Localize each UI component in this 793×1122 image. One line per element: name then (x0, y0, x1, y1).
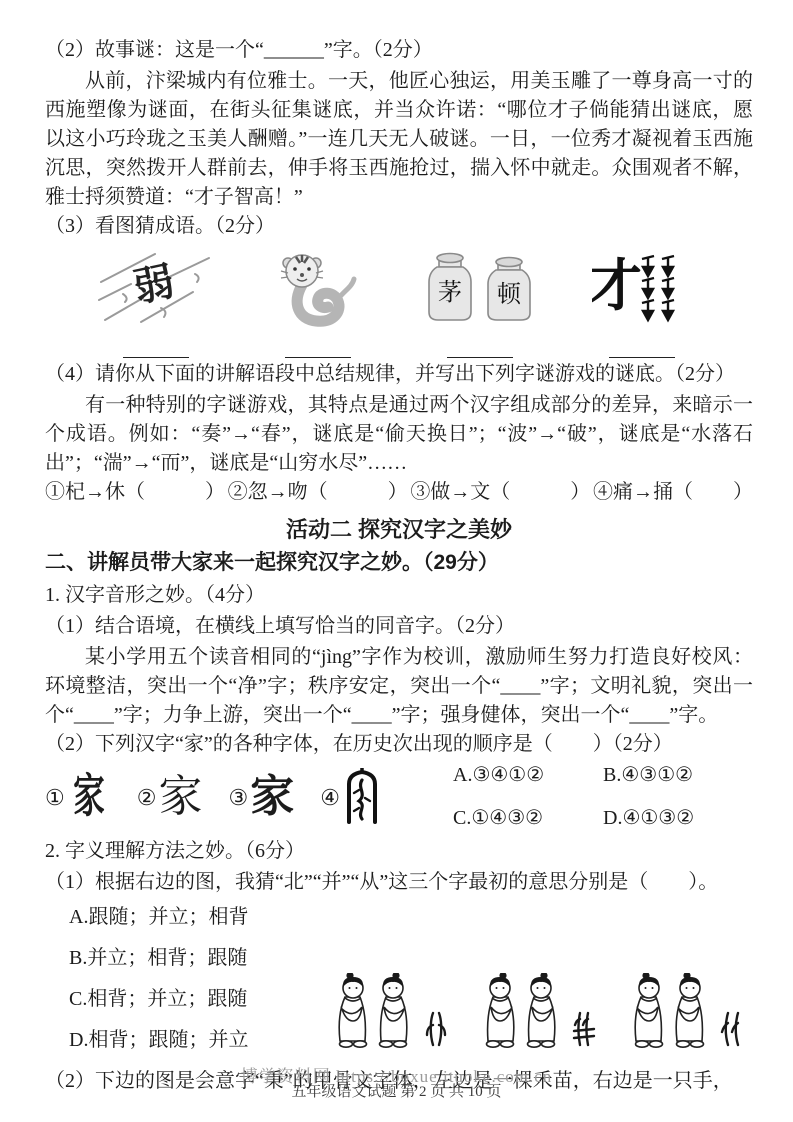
q2-story: 从前，汴梁城内有位雅士。一天，他匠心独运，用美玉雕了一尊身高一寸的西施塑像为谜面… (45, 67, 753, 212)
jar-label-dun: 顿 (497, 281, 522, 308)
riddle-items-row: ①杞→休（ ） ②忽→吻（ ） ③做→文（ ） ④痛→捅（ ） (45, 478, 753, 507)
bei-bing-cong-block: A.跟随；并立；相背 B.并立；相背；跟随 C.相背；并立；跟随 D.相背；跟随… (45, 899, 753, 1067)
sub1-q2-line: （2）下列汉字“家”的各种字体，在历史次出现的顺序是（ ）（2分） (45, 730, 753, 759)
idiom-picture-3: 茅 顿 (405, 247, 555, 358)
jia-number-2: ② (137, 783, 157, 812)
bei-bing-cong-options: A.跟随；并立；相背 B.并立；相背；跟随 C.相背；并立；跟随 D.相背；跟随… (45, 899, 315, 1067)
idiom-picture-2 (243, 247, 393, 358)
sub2-q1-line: （1）根据右边的图，我猜“北”“并”“从”这三个字最初的意思分别是（ ）。 (45, 868, 753, 897)
jia-seal-script-glyph: 家 (73, 766, 105, 829)
jia-variant-1: ① 家 (45, 767, 111, 827)
riddle-item-3: ③做→文（ ） (410, 478, 590, 507)
oracle-cong-glyph (719, 1009, 747, 1049)
jia-option-b: B.④③①② (603, 761, 753, 790)
wind-weak-icon: 弱 (97, 248, 215, 328)
idiom-picture-row: 弱 (75, 247, 723, 358)
weak-in-wind-illustration: 弱 (97, 247, 215, 329)
side-by-side-figures (477, 973, 597, 1049)
jia-variant-4: ④ (320, 768, 382, 826)
answer-blank-line (447, 337, 513, 358)
q2-line: （2）故事谜：这是一个“______”字。（2分） (45, 36, 753, 65)
exam-page: （2）故事谜：这是一个“______”字。（2分） 从前，汴梁城内有位雅士。一天… (0, 0, 793, 1122)
robed-person-following-icon (666, 973, 713, 1049)
figure-pair-back-to-back (329, 973, 417, 1049)
robed-person-right-icon (370, 973, 417, 1049)
answer-blank-line (285, 337, 351, 358)
jia-variants-row: ① 家 ② 家 ③ 家 ④ (45, 767, 453, 827)
robed-person-following-icon (625, 973, 672, 1049)
idiom-picture-1: 弱 (81, 247, 231, 358)
q3-line: （3）看图猜成语。（2分） (45, 212, 753, 241)
robed-person-front-icon (518, 973, 565, 1049)
option-d: D.相背；跟随；并立 (69, 1026, 315, 1055)
jia-option-c: C.①④③② (453, 804, 603, 833)
figure-pair-side-by-side (477, 973, 565, 1049)
sub1-q1-line: （1）结合语境，在横线上填写恰当的同音字。（2分） (45, 612, 753, 641)
tiger-head-snake-body-illustration (268, 247, 368, 329)
jar-label-mao: 茅 (438, 279, 462, 306)
riddle-item-4: ④痛→捅（ ） (593, 478, 753, 507)
option-c: C.相背；并立；跟随 (69, 985, 315, 1014)
oracle-bing-glyph (571, 1009, 597, 1049)
robed-person-front-icon (477, 973, 524, 1049)
figure-pair-following (625, 973, 713, 1049)
following-figures (625, 973, 747, 1049)
tiger-snake-icon (268, 247, 368, 329)
jia-number-4: ④ (320, 783, 340, 812)
sub1-q1-paragraph: 某小学用五个读音相同的“jìng”字作为校训，激励师生努力打造良好校风：环境整洁… (45, 643, 753, 730)
back-to-back-figures (329, 973, 449, 1049)
jia-regular-script-glyph: 家 (158, 767, 202, 827)
sub2-title: 2. 字义理解方法之妙。（6分） (45, 837, 753, 866)
riddle-item-1: ①杞→休（ ） (45, 478, 225, 507)
jia-clerical-script-glyph: 家 (250, 767, 294, 827)
idiom-picture-4: 才 (567, 247, 717, 358)
jia-variant-3: ③ 家 (228, 767, 294, 827)
jia-fonts-block: ① 家 ② 家 ③ 家 ④ A.③④①② (45, 761, 753, 833)
option-a: A.跟随；并立；相背 (69, 903, 315, 932)
q4-paragraph: 有一种特别的字谜游戏，其特点是通过两个汉字组成部分的差异，来暗示一个成语。例如：… (45, 391, 753, 478)
answer-blank-line (123, 337, 189, 358)
section2-title: 二、讲解员带大家来一起探究汉字之妙。（29分） (45, 548, 753, 577)
robed-person-left-icon (329, 973, 376, 1049)
cai-darts-icon: 才 (592, 249, 692, 327)
jia-options-grid: A.③④①② B.④③①② C.①④③② D.④①③② (453, 761, 753, 833)
two-jars-illustration: 茅 顿 (425, 247, 535, 329)
figure-illustrations (315, 899, 753, 1067)
talent-with-darts-illustration: 才 (592, 247, 692, 329)
activity2-title: 活动二 探究汉字之美妙 (45, 515, 753, 544)
riddle-item-2: ②忽→吻（ ） (228, 478, 408, 507)
page-footer: 博学资料网 https://boxue.ituoke.com.cn 五年级语文试… (0, 1062, 793, 1107)
q4-line: （4）请你从下面的讲解语段中总结规律，并写出下列字谜游戏的谜底。（2分） (45, 360, 753, 389)
jia-number-3: ③ (228, 783, 248, 812)
cai-character: 才 (592, 256, 642, 318)
jia-variant-2: ② 家 (137, 767, 203, 827)
jia-option-a: A.③④①② (453, 761, 603, 790)
oracle-bei-glyph (423, 1009, 449, 1049)
jia-option-d: D.④①③② (603, 804, 753, 833)
page-number-text: 五年级语文试题 第 2 页 共 10 页 (0, 1078, 793, 1107)
jia-oracle-script-glyph (342, 768, 382, 826)
jar-mao-icon: 茅 顿 (425, 250, 535, 326)
jia-number-1: ① (45, 783, 65, 812)
option-b: B.并立；相背；跟随 (69, 944, 315, 973)
answer-blank-line (609, 337, 675, 358)
sub1-title: 1. 汉字音形之妙。（4分） (45, 581, 753, 610)
weak-character: 弱 (130, 258, 178, 310)
